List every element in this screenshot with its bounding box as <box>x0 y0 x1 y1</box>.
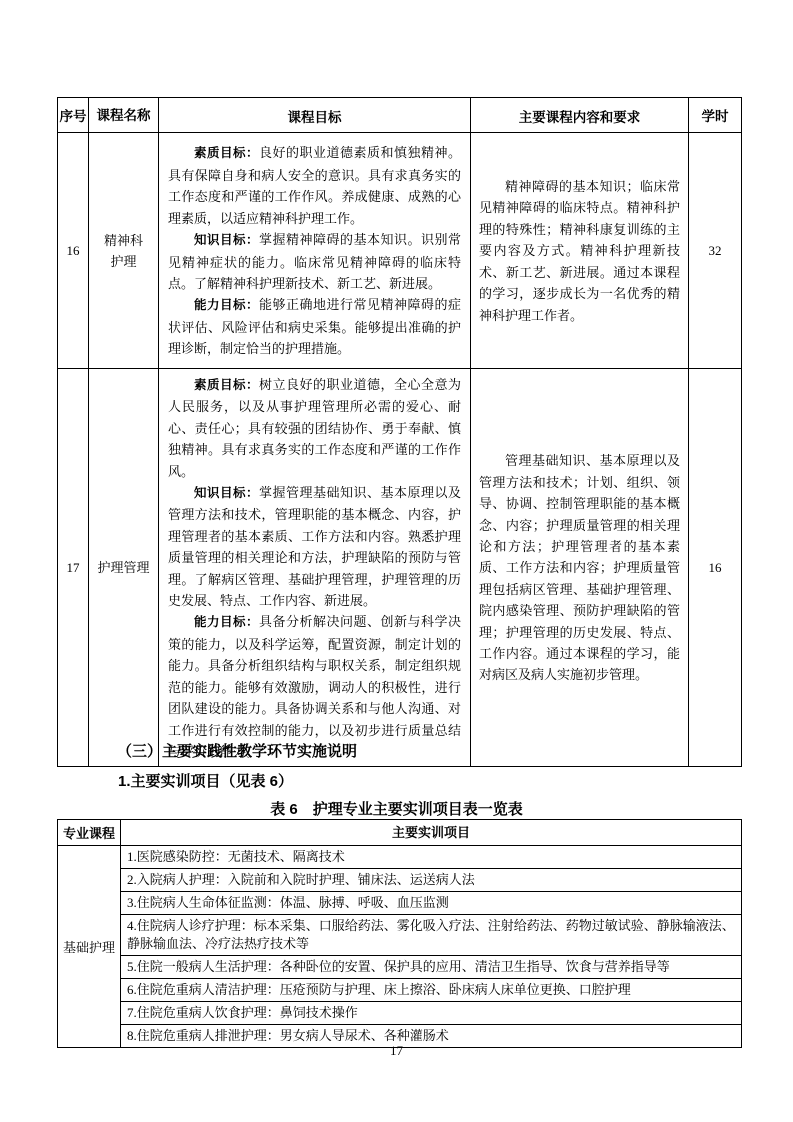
course-name: 精神科 护理 <box>89 133 159 369</box>
training-row: 5.住院一般病人生活护理：各种卧位的安置、保护具的应用、清洁卫生指导、饮食与营养… <box>58 956 742 979</box>
training-row: 3.住院病人生命体征监测：体温、脉搏、呼吸、血压监测 <box>58 892 742 915</box>
training-item: 4.住院病人诊疗护理：标本采集、口服给药法、雾化吸入疗法、注射给药法、药物过敏试… <box>121 915 742 956</box>
training-item: 6.住院危重病人清洁护理：压疮预防与护理、床上擦浴、卧床病人床单位更换、口腔护理 <box>121 979 742 1002</box>
training-item: 5.住院一般病人生活护理：各种卧位的安置、保护具的应用、清洁卫生指导、饮食与营养… <box>121 956 742 979</box>
course-objectives: 素质目标：良好的职业道德素质和慎独精神。具有保障自身和病人安全的意识。具有求真务… <box>159 133 471 369</box>
header-course-content: 主要课程内容和要求 <box>471 98 689 133</box>
course-content-text: 管理基础知识、基本原理以及管理方法和技术；计划、组织、领导、协调、控制管理职能的… <box>479 450 680 685</box>
objective-knowledge-text: 掌握管理基础知识、基本原理以及管理方法和技术，管理职能的基本概念、内容，护理管理… <box>168 485 461 608</box>
course-hours: 16 <box>689 369 742 767</box>
section-heading: （三）主要实践性教学环节实施说明 <box>117 740 357 761</box>
training-row: 4.住院病人诊疗护理：标本采集、口服给药法、雾化吸入疗法、注射给药法、药物过敏试… <box>58 915 742 956</box>
objective-ability: 能力目标：能够正确地进行常见精神障碍的症状评估、风险评估和病史采集。能够提出准确… <box>168 294 461 359</box>
training-item: 1.医院感染防控：无菌技术、隔离技术 <box>121 846 742 869</box>
training-row: 2.入院病人护理：入院前和入院时护理、铺床法、运送病人法 <box>58 869 742 892</box>
training-row: 基础护理 1.医院感染防控：无菌技术、隔离技术 <box>58 846 742 869</box>
course-table: 序号 课程名称 课程目标 主要课程内容和要求 学时 16 精神科 护理 素质目标… <box>57 97 742 767</box>
training-row: 7.住院危重病人饮食护理：鼻饲技术操作 <box>58 1002 742 1025</box>
training-table-header-row: 专业课程 主要实训项目 <box>58 820 742 846</box>
table6-caption: 表 6 护理专业主要实训项目表一览表 <box>0 798 793 819</box>
page-number: 17 <box>0 1043 793 1059</box>
training-item: 7.住院危重病人饮食护理：鼻饲技术操作 <box>121 1002 742 1025</box>
training-table: 专业课程 主要实训项目 基础护理 1.医院感染防控：无菌技术、隔离技术 2.入院… <box>57 819 742 1048</box>
section-subheading: 1.主要实训项目（见表 6） <box>118 770 293 791</box>
course-objectives: 素质目标：树立良好的职业道德，全心全意为人民服务，以及从事护理管理所必需的爱心、… <box>159 369 471 767</box>
objective-ability-label: 能力目标： <box>194 298 259 312</box>
header-training-items: 主要实训项目 <box>121 820 742 846</box>
course-no: 17 <box>58 369 89 767</box>
training-row: 6.住院危重病人清洁护理：压疮预防与护理、床上擦浴、卧床病人床单位更换、口腔护理 <box>58 979 742 1002</box>
objective-knowledge-label: 知识目标： <box>194 233 259 247</box>
objective-quality: 素质目标：良好的职业道德素质和慎独精神。具有保障自身和病人安全的意识。具有求真务… <box>168 142 461 229</box>
objective-quality-label: 素质目标： <box>194 378 259 392</box>
course-row-17: 17 护理管理 素质目标：树立良好的职业道德，全心全意为人民服务，以及从事护理管… <box>58 369 742 767</box>
course-name: 护理管理 <box>89 369 159 767</box>
header-hours: 学时 <box>689 98 742 133</box>
header-seq-no: 序号 <box>58 98 89 133</box>
course-hours: 32 <box>689 133 742 369</box>
objective-quality: 素质目标：树立良好的职业道德，全心全意为人民服务，以及从事护理管理所必需的爱心、… <box>168 374 461 482</box>
training-category: 基础护理 <box>58 846 121 1048</box>
header-course-goals: 课程目标 <box>159 98 471 133</box>
course-content: 精神障碍的基本知识；临床常见精神障碍的临床特点。精神科护理的特殊性；精神科康复训… <box>471 133 689 369</box>
objective-knowledge: 知识目标：掌握管理基础知识、基本原理以及管理方法和技术，管理职能的基本概念、内容… <box>168 482 461 611</box>
course-content: 管理基础知识、基本原理以及管理方法和技术；计划、组织、领导、协调、控制管理职能的… <box>471 369 689 767</box>
objective-ability-label: 能力目标： <box>194 615 259 629</box>
objective-knowledge: 知识目标：掌握精神障碍的基本知识。识别常见精神症状的能力。临床常见精神障碍的临床… <box>168 229 461 294</box>
header-specialty-course: 专业课程 <box>58 820 121 846</box>
course-content-text: 精神障碍的基本知识；临床常见精神障碍的临床特点。精神科护理的特殊性；精神科康复训… <box>479 176 680 326</box>
header-course-name: 课程名称 <box>89 98 159 133</box>
training-item: 2.入院病人护理：入院前和入院时护理、铺床法、运送病人法 <box>121 869 742 892</box>
objective-ability-text: 具备分析解决问题、创新与科学决策的能力，以及科学运筹，配置资源，制定计划的能力。… <box>168 614 461 758</box>
course-no: 16 <box>58 133 89 369</box>
objective-quality-label: 素质目标： <box>194 146 259 160</box>
document-page: 序号 课程名称 课程目标 主要课程内容和要求 学时 16 精神科 护理 素质目标… <box>0 0 793 1122</box>
objective-knowledge-label: 知识目标： <box>194 486 259 500</box>
training-item: 3.住院病人生命体征监测：体温、脉搏、呼吸、血压监测 <box>121 892 742 915</box>
course-row-16: 16 精神科 护理 素质目标：良好的职业道德素质和慎独精神。具有保障自身和病人安… <box>58 133 742 369</box>
objective-quality-text: 树立良好的职业道德，全心全意为人民服务，以及从事护理管理所必需的爱心、耐心、责任… <box>168 377 461 479</box>
course-table-header-row: 序号 课程名称 课程目标 主要课程内容和要求 学时 <box>58 98 742 133</box>
